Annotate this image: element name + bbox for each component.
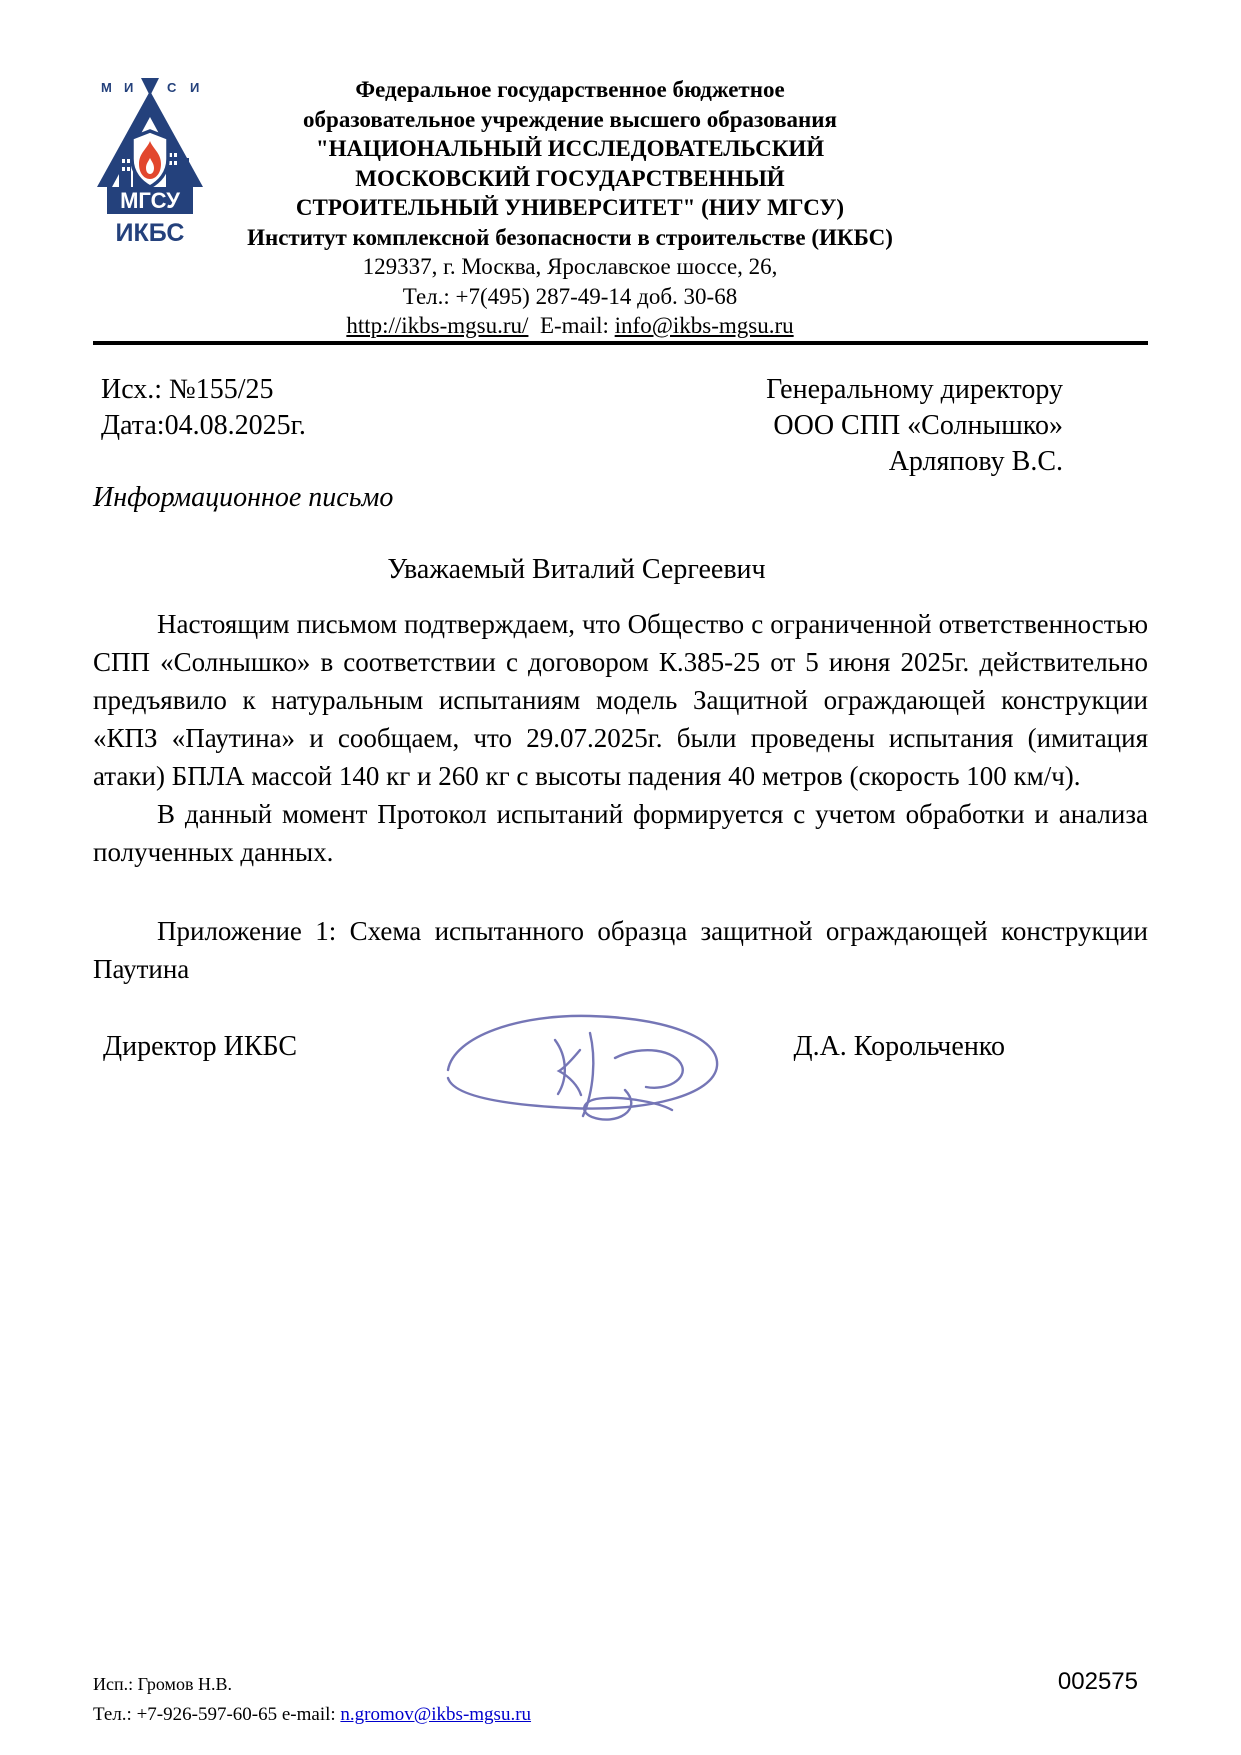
org-line: образовательное учреждение высшего образ… — [160, 105, 980, 135]
recipient-block: Генеральному директору ООО СПП «Солнышко… — [766, 372, 1063, 480]
web-contacts-line: http://ikbs-mgsu.ru/ E-mail: info@ikbs-m… — [160, 311, 980, 341]
paragraph-2: В данный момент Протокол испытаний форми… — [93, 795, 1148, 871]
footer: Исп.: Громов Н.В. 002575 Тел.: +7-926-59… — [93, 1668, 1148, 1728]
doc-number-stamp: 002575 — [1058, 1668, 1138, 1696]
outgoing-block: Исх.: №155/25 Дата:04.08.2025г. — [93, 372, 306, 480]
email-label: E-mail: — [540, 313, 609, 338]
org-line: МОСКОВСКИЙ ГОСУДАРСТВЕННЫЙ — [160, 164, 980, 194]
site-link[interactable]: http://ikbs-mgsu.ru/ — [346, 313, 528, 338]
org-line: СТРОИТЕЛЬНЫЙ УНИВЕРСИТЕТ" (НИУ МГСУ) — [160, 193, 980, 223]
address-line: 129337, г. Москва, Ярославское шоссе, 26… — [160, 252, 980, 282]
recipient-company: ООО СПП «Солнышко» — [766, 408, 1063, 444]
letter-date: Дата:04.08.2025г. — [101, 408, 306, 444]
signature-row: Директор ИКБС Д.А. Корольченко — [93, 998, 1148, 1123]
executor-line: Исп.: Громов Н.В. — [93, 1672, 232, 1696]
outgoing-number: Исх.: №155/25 — [101, 372, 306, 408]
paragraph-1: Настоящим письмом подтверждаем, что Обще… — [93, 605, 1148, 795]
recipient-title: Генеральному директору — [766, 372, 1063, 408]
salutation: Уважаемый Виталий Сергеевич — [93, 552, 1148, 588]
logo-ikbs-label: ИКБС — [116, 219, 185, 247]
logo-letter-i: И — [124, 80, 133, 95]
executor-contacts: Тел.: +7-926-597-60-65 e-mail: n.gromov@… — [93, 1702, 1148, 1728]
org-line: Федеральное государственное бюджетное — [160, 75, 980, 105]
executor-phone: Тел.: +7-926-597-60-65 e-mail: — [93, 1704, 340, 1725]
letter-type-label: Информационное письмо — [93, 480, 1148, 516]
executor-email-link[interactable]: n.gromov@ikbs-mgsu.ru — [340, 1704, 531, 1725]
attachment-line: Приложение 1: Схема испытанного образца … — [93, 912, 1148, 988]
meta-row: Исх.: №155/25 Дата:04.08.2025г. Генераль… — [93, 372, 1148, 480]
mgsu-logo-icon: М И С И — [95, 75, 205, 260]
letter-body: Настоящим письмом подтверждаем, что Обще… — [93, 605, 1148, 988]
signer-name: Д.А. Корольченко — [793, 1031, 1005, 1063]
logo-mgsu-label: МГСУ — [120, 188, 180, 213]
mgsu-ikbs-logo: М И С И — [95, 75, 205, 260]
header-email-link[interactable]: info@ikbs-mgsu.ru — [615, 313, 794, 338]
phone-line: Тел.: +7(495) 287-49-14 доб. 30-68 — [160, 282, 980, 312]
logo-letter-s: С — [167, 80, 177, 95]
logo-letter-m: М — [101, 80, 112, 95]
institute-line: Институт комплексной безопасности в стро… — [160, 223, 980, 253]
signer-position: Директор ИКБС — [103, 1031, 297, 1063]
letterhead-text: Федеральное государственное бюджетное об… — [160, 75, 980, 341]
org-line: "НАЦИОНАЛЬНЫЙ ИССЛЕДОВАТЕЛЬСКИЙ — [160, 134, 980, 164]
handwritten-signature — [420, 998, 740, 1123]
recipient-name: Арляпову В.С. — [766, 444, 1063, 480]
letterhead: М И С И — [93, 75, 1148, 341]
header-divider — [93, 341, 1148, 345]
logo-letter-i2: И — [190, 80, 199, 95]
letter-page: М И С И — [0, 0, 1241, 1755]
